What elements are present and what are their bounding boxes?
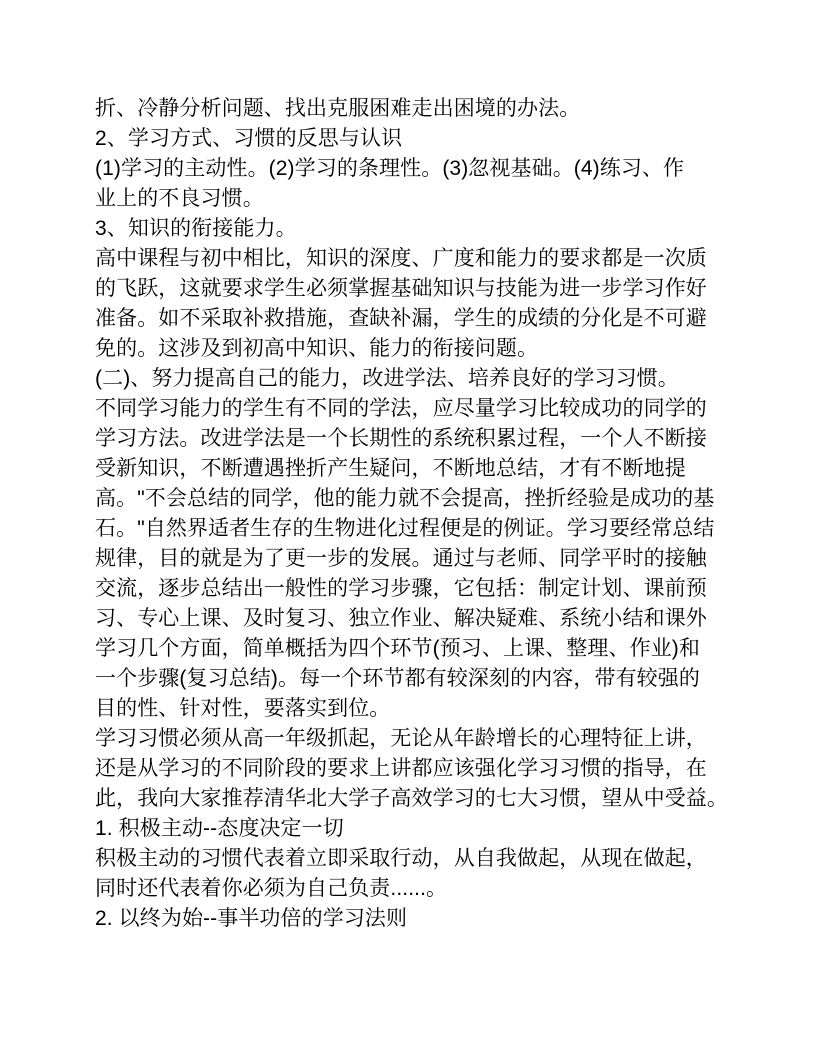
text-line: 规律，目的就是为了更一步的发展。通过与老师、同学平时的接触 bbox=[95, 544, 725, 574]
text-line: 目的性、针对性，要落实到位。 bbox=[95, 694, 725, 724]
text-line: 免的。这涉及到初高中知识、能力的衔接问题。 bbox=[95, 334, 725, 364]
text-line: 同时还代表着你必须为自己负责......。 bbox=[95, 874, 725, 904]
text-line: 折、冷静分析问题、找出克服困难走出困境的办法。 bbox=[95, 94, 725, 124]
text-line: 此，我向大家推荐清华北大学子高效学习的七大习惯，望从中受益。 bbox=[95, 784, 725, 814]
text-line: 3、知识的衔接能力。 bbox=[95, 214, 725, 244]
text-line: 学习方法。改进学法是一个长期性的系统积累过程，一个人不断接 bbox=[95, 424, 725, 454]
text-line: 高。"不会总结的同学，他的能力就不会提高，挫折经验是成功的基 bbox=[95, 484, 725, 514]
text-line: 石。"自然界适者生存的生物进化过程便是的例证。学习要经常总结 bbox=[95, 514, 725, 544]
text-line: 准备。如不采取补救措施，查缺补漏，学生的成绩的分化是不可避 bbox=[95, 304, 725, 334]
text-line: 学习几个方面，简单概括为四个环节(预习、上课、整理、作业)和 bbox=[95, 634, 725, 664]
text-line: 受新知识，不断遭遇挫折产生疑问，不断地总结，才有不断地提 bbox=[95, 454, 725, 484]
text-line: 2. 以终为始--事半功倍的学习法则 bbox=[95, 904, 725, 934]
text-line: 还是从学习的不同阶段的要求上讲都应该强化学习习惯的指导，在 bbox=[95, 754, 725, 784]
document-page: 折、冷静分析问题、找出克服困难走出困境的办法。 2、学习方式、习惯的反思与认识 … bbox=[0, 0, 816, 1056]
text-line: 习、专心上课、及时复习、独立作业、解决疑难、系统小结和课外 bbox=[95, 604, 725, 634]
text-line: 业上的不良习惯。 bbox=[95, 184, 725, 214]
text-line: 一个步骤(复习总结)。每一个环节都有较深刻的内容，带有较强的 bbox=[95, 664, 725, 694]
text-line: 2、学习方式、习惯的反思与认识 bbox=[95, 124, 725, 154]
text-body: 折、冷静分析问题、找出克服困难走出困境的办法。 2、学习方式、习惯的反思与认识 … bbox=[95, 94, 725, 934]
text-line: (二)、努力提高自己的能力，改进学法、培养良好的学习习惯。 bbox=[95, 364, 725, 394]
text-line: 交流，逐步总结出一般性的学习步骤，它包括：制定计划、课前预 bbox=[95, 574, 725, 604]
text-line: 1. 积极主动--态度决定一切 bbox=[95, 814, 725, 844]
text-line: (1)学习的主动性。(2)学习的条理性。(3)忽视基础。(4)练习、作 bbox=[95, 154, 725, 184]
text-line: 不同学习能力的学生有不同的学法，应尽量学习比较成功的同学的 bbox=[95, 394, 725, 424]
text-line: 高中课程与初中相比，知识的深度、广度和能力的要求都是一次质 bbox=[95, 244, 725, 274]
text-line: 积极主动的习惯代表着立即采取行动，从自我做起，从现在做起， bbox=[95, 844, 725, 874]
text-line: 的飞跃，这就要求学生必须掌握基础知识与技能为进一步学习作好 bbox=[95, 274, 725, 304]
text-line: 学习习惯必须从高一年级抓起，无论从年龄增长的心理特征上讲， bbox=[95, 724, 725, 754]
